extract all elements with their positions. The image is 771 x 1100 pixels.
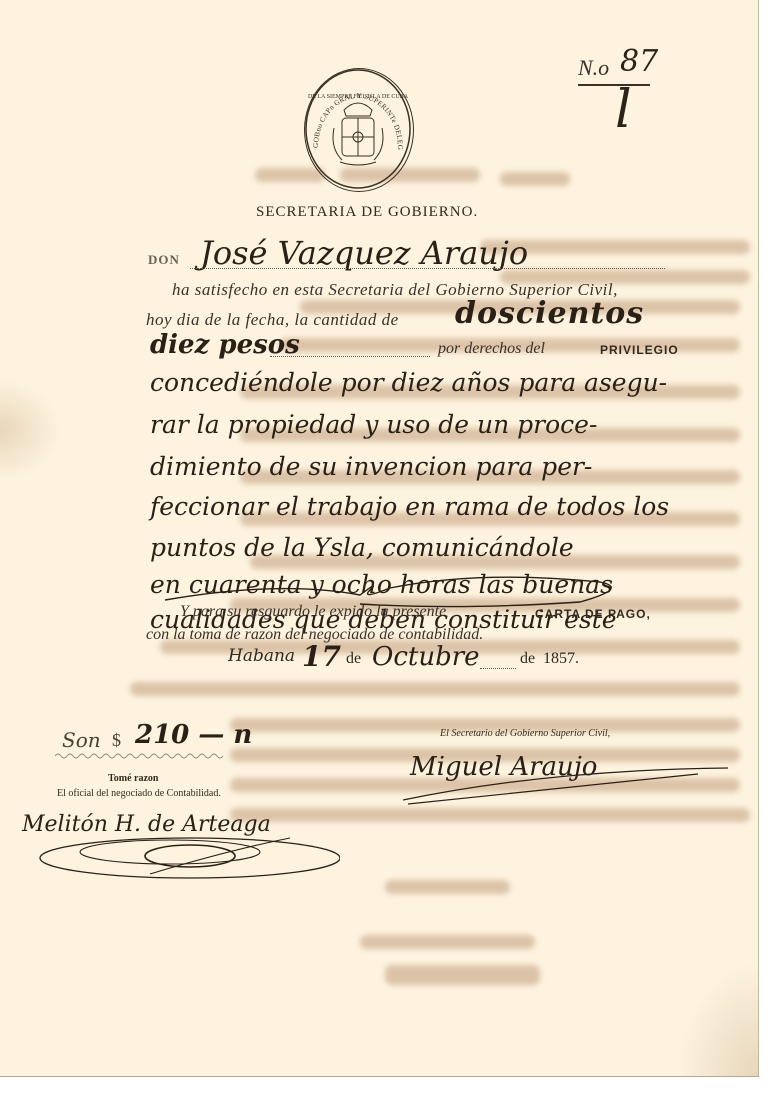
body-line-3: por derechos del bbox=[438, 340, 545, 358]
seal-ring-text: GOBno CAPn GRAL Y SUPERINTe DELEGADA DE … bbox=[304, 68, 412, 190]
sum-value: 210 — n bbox=[135, 720, 252, 750]
bleed-through bbox=[500, 172, 570, 186]
secretary-title: El Secretario del Gobierno Superior Civi… bbox=[440, 728, 610, 739]
official-seal: GOBno CAPn GRAL Y SUPERINTe DELEGADA DE … bbox=[304, 68, 414, 192]
svg-text:DE LA SIEMPRE FIEL ISLA DE CUB: DE LA SIEMPRE FIEL ISLA DE CUBA bbox=[308, 94, 409, 100]
handwritten-line-3: dimiento de su invencion para per- bbox=[150, 452, 592, 481]
recipient-name: José Vazquez Araujo bbox=[200, 234, 528, 272]
handwritten-line-4: feccionar el trabajo en rama de todos lo… bbox=[150, 492, 669, 521]
secretary-signature-flourish bbox=[398, 760, 738, 810]
date-day: 17 bbox=[302, 640, 341, 673]
recipient-prefix: DON bbox=[148, 252, 180, 268]
date-de-1: de bbox=[346, 650, 361, 668]
amount-line bbox=[270, 356, 430, 357]
accounting-line-2: El oficial del negociado de Contabilidad… bbox=[57, 788, 221, 799]
closing-line-1: Y para su resguardo le expido la present… bbox=[180, 603, 446, 621]
date-de-2: de bbox=[520, 650, 535, 668]
body-line-2: hoy dia de la fecha, la cantidad de bbox=[146, 310, 399, 330]
date-year: 1857. bbox=[543, 650, 579, 668]
sum-wavy-line bbox=[55, 752, 225, 760]
bleed-through bbox=[385, 880, 510, 894]
bleed-through bbox=[230, 808, 750, 822]
date-line bbox=[480, 668, 516, 669]
handwritten-line-2: rar la propiedad y uso de un proce- bbox=[150, 410, 597, 439]
office-title: SECRETARIA DE GOBIERNO. bbox=[256, 204, 478, 221]
sum-currency: $ bbox=[112, 730, 121, 751]
svg-text:GOBno CAPn GRAL Y SUPERINTe DE: GOBno CAPn GRAL Y SUPERINTe DELEGADA DE … bbox=[304, 68, 404, 150]
number-mark: l bbox=[615, 80, 632, 140]
number-underline bbox=[578, 84, 650, 86]
date-place: Habana bbox=[228, 646, 295, 666]
amount-words-1: doscientos bbox=[455, 296, 644, 331]
number-label: N.o bbox=[578, 55, 609, 81]
sum-label: Son bbox=[62, 728, 101, 752]
accounting-line-1: Tomé razon bbox=[108, 773, 158, 784]
document-number: 87 bbox=[620, 44, 658, 79]
carta-de-pago-label: CARTA DE PAGO, bbox=[535, 607, 651, 621]
privilege-label: PRIVILEGIO bbox=[600, 343, 679, 357]
handwritten-line-1: concediéndole por diez años para asegu- bbox=[150, 368, 667, 397]
accounting-signature-flourish bbox=[30, 830, 340, 890]
date-month: Octubre bbox=[372, 642, 480, 672]
handwritten-line-5: puntos de la Ysla, comunicándole bbox=[150, 533, 574, 562]
document-page: GOBno CAPn GRAL Y SUPERINTe DELEGADA DE … bbox=[0, 0, 759, 1077]
bleed-through bbox=[130, 682, 740, 696]
bleed-through bbox=[385, 965, 540, 985]
recipient-line bbox=[190, 268, 665, 269]
bleed-through bbox=[360, 935, 535, 949]
